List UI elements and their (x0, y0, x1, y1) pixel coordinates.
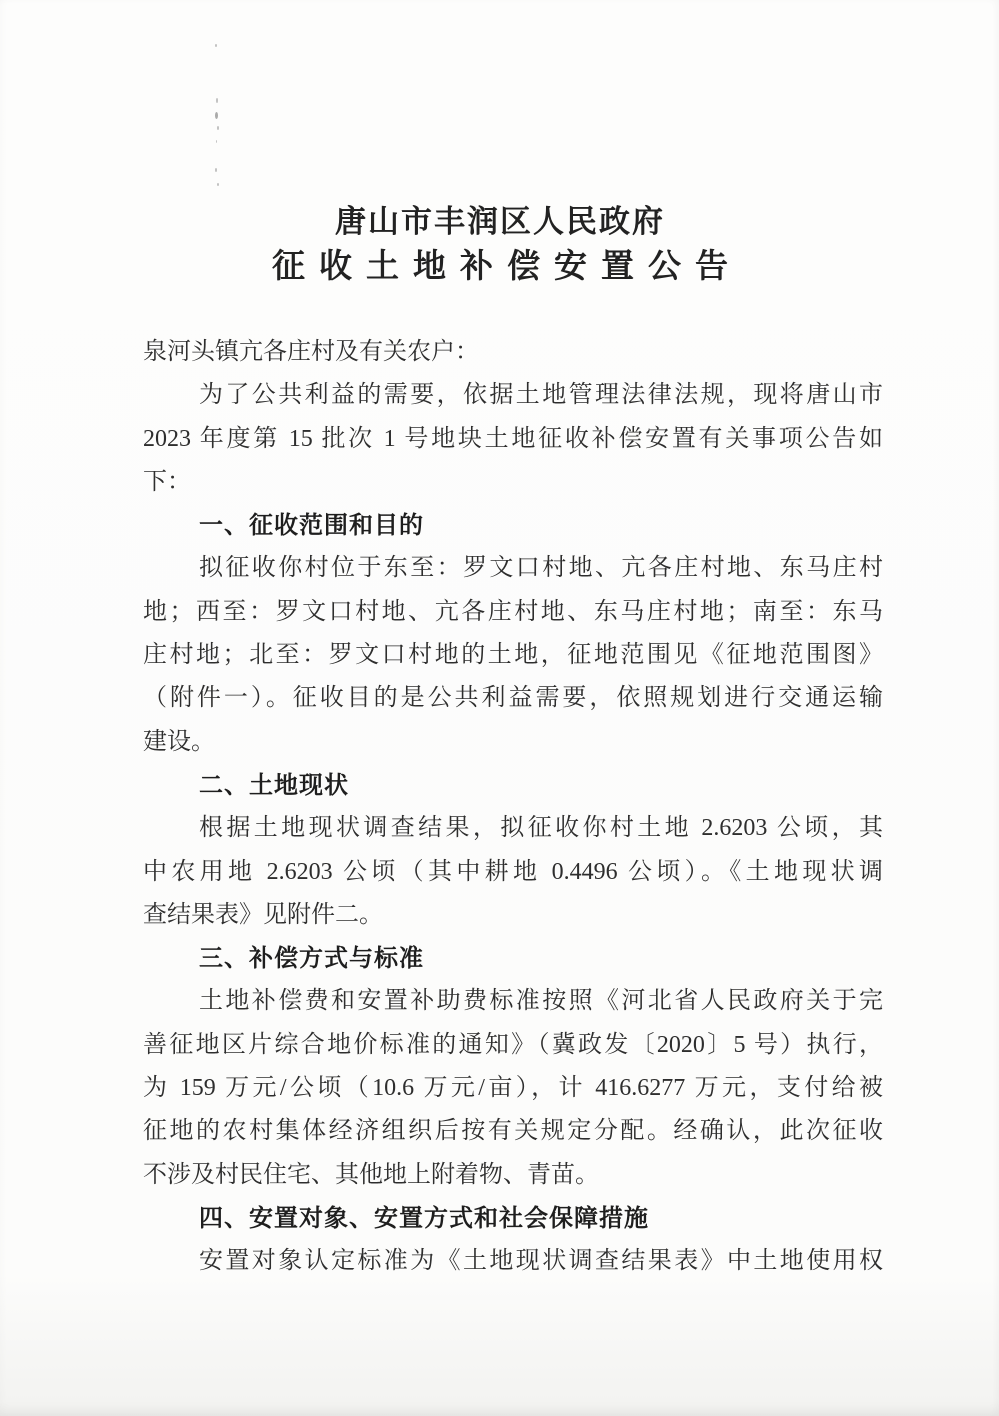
scope-paragraph-line: （附件一）。征收目的是公共利益需要，依照规划进行交通运输 (143, 677, 883, 720)
section-heading-scope: 一、征收范围和目的 (143, 504, 883, 547)
scan-speck (216, 98, 218, 103)
scope-paragraph-line: 庄村地；北至：罗文口村地的土地，征地范围见《征地范围图》 (143, 634, 883, 677)
section-heading-resettlement: 四、安置对象、安置方式和社会保障措施 (143, 1197, 883, 1240)
document-title-line1: 唐山市丰润区人民政府 (130, 202, 870, 242)
intro-paragraph-line: 为了公共利益的需要，依据土地管理法律法规，现将唐山市 (143, 374, 883, 417)
scope-paragraph-line: 建设。 (143, 721, 883, 764)
scope-paragraph-line: 拟征收你村位于东至：罗文口村地、亢各庄村地、东马庄村 (143, 547, 883, 590)
section-heading-compensation: 三、补偿方式与标准 (143, 937, 883, 980)
compensation-paragraph-line: 不涉及村民住宅、其他地上附着物、青苗。 (143, 1154, 883, 1197)
intro-paragraph-line: 下： (143, 461, 883, 504)
compensation-paragraph-line: 征地的农村集体经济组织后按有关规定分配。经确认，此次征收 (143, 1110, 883, 1153)
scan-speck (215, 112, 218, 119)
land-status-paragraph-line: 根据土地现状调查结果，拟征收你村土地 2.6203 公顷，其 (143, 807, 883, 850)
compensation-paragraph-line: 善征地区片综合地价标准的通知》（冀政发〔2020〕5 号）执行， (143, 1024, 883, 1067)
scope-paragraph-line: 地；西至：罗文口村地、亢各庄村地、东马庄村地；南至：东马 (143, 591, 883, 634)
land-status-paragraph-line: 查结果表》见附件二。 (143, 894, 883, 937)
compensation-paragraph-line: 为 159 万元/公顷（10.6 万元/亩），计 416.6277 万元，支付给… (143, 1067, 883, 1110)
salutation-line: 泉河头镇亢各庄村及有关农户： (143, 331, 883, 374)
section-heading-land-status: 二、土地现状 (143, 764, 883, 807)
scan-speck (217, 126, 219, 130)
document-title-line2: 征收土地补偿安置公告 (130, 246, 870, 288)
scan-speck (216, 140, 217, 143)
scanned-document-page: 唐山市丰润区人民政府 征收土地补偿安置公告 泉河头镇亢各庄村及有关农户： 为了公… (0, 0, 999, 1416)
scan-speck (215, 44, 217, 47)
land-status-paragraph-line: 中农用地 2.6203 公顷（其中耕地 0.4496 公顷）。《土地现状调 (143, 851, 883, 894)
resettlement-paragraph-line: 安置对象认定标准为《土地现状调查结果表》中土地使用权 (143, 1240, 883, 1283)
scan-speck (215, 168, 217, 172)
scan-speck (217, 183, 219, 186)
document-body: 泉河头镇亢各庄村及有关农户： 为了公共利益的需要，依据土地管理法律法规，现将唐山… (143, 331, 883, 1284)
compensation-paragraph-line: 土地补偿费和安置补助费标准按照《河北省人民政府关于完 (143, 980, 883, 1023)
intro-paragraph-line: 2023 年度第 15 批次 1 号地块土地征收补偿安置有关事项公告如 (143, 418, 883, 461)
